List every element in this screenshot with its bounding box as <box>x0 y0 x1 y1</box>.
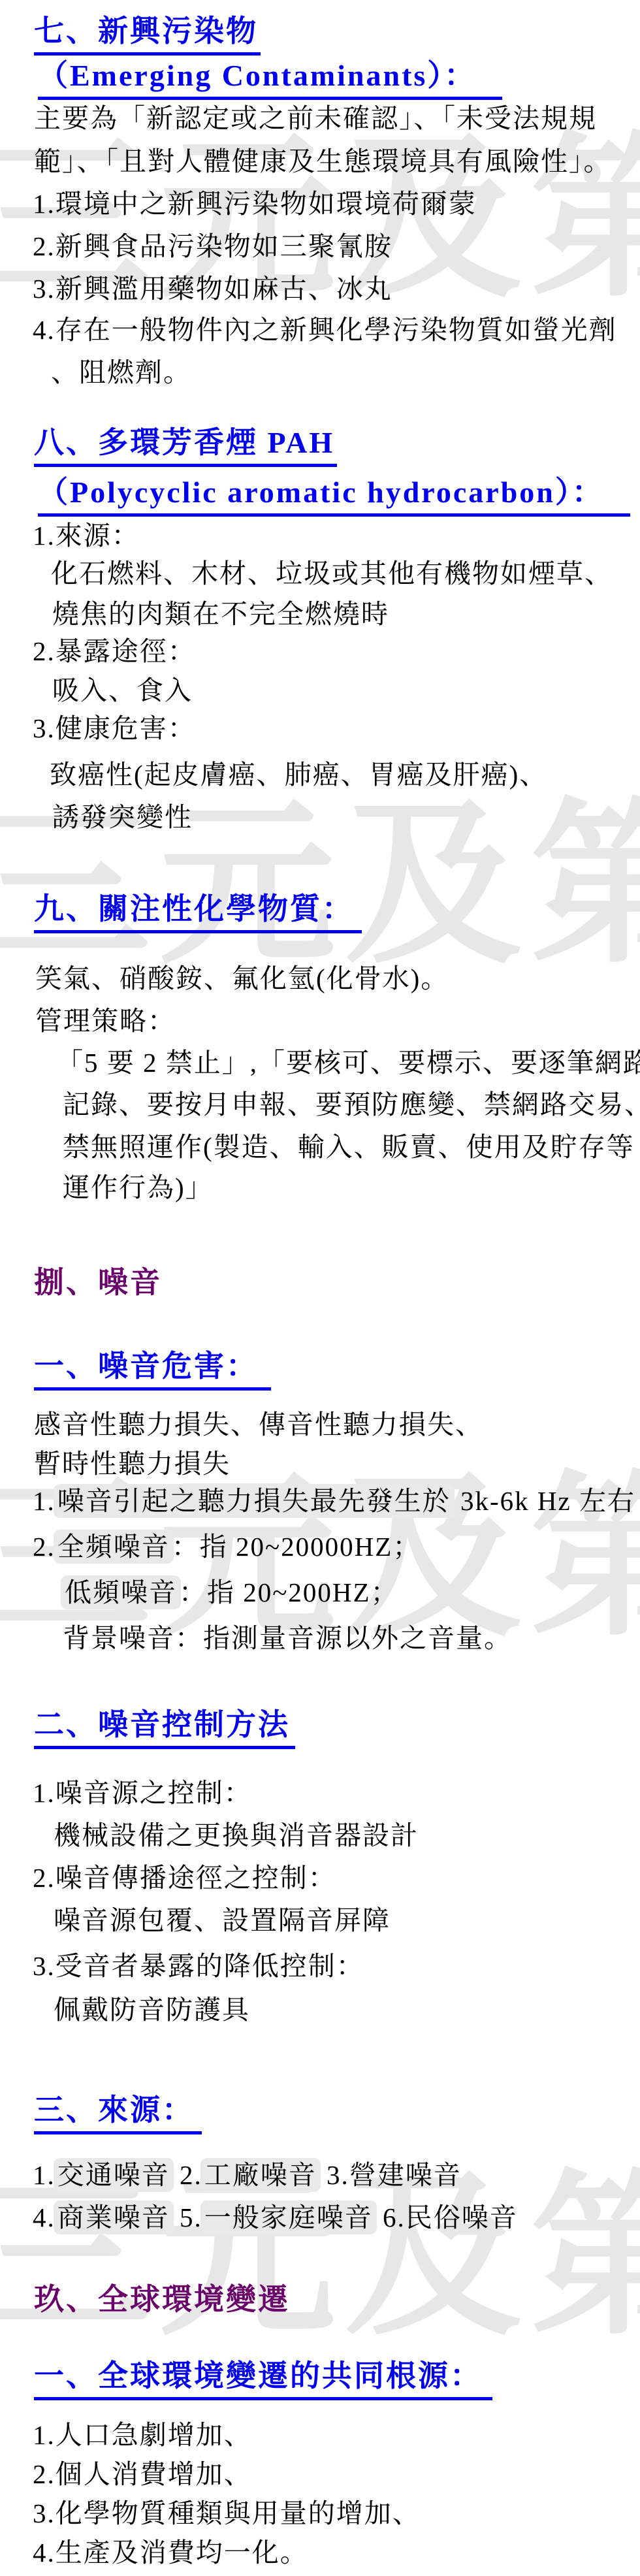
watermark-text: 三元及第 <box>0 2168 640 2345</box>
section8-health-label: 3.健康危害： <box>33 713 196 744</box>
section9-line: 禁無照運作(製造、輸入、販賣、使用及貯存等 <box>63 1132 635 1163</box>
noise-sources-row: 4.商業噪音 5.一般家庭噪音 6.民俗噪音 <box>33 2202 518 2233</box>
noise-control-item: 1.噪音源之控制： <box>33 1778 252 1809</box>
item-number: 4. <box>33 2202 56 2232</box>
global-roots-item: 1.人口急劇增加、 <box>33 2420 252 2451</box>
section8-title-en: （Polycyclic aromatic hydrocarbon）： <box>38 475 630 517</box>
section9-line: 記錄、要按月申報、要預防應變、禁網路交易、 <box>63 1089 640 1120</box>
global-roots-item: 3.化學物質種類與用量的增加、 <box>33 2498 421 2529</box>
noise-control-title: 二、噪音控制方法 <box>34 1708 295 1749</box>
section8-health-line: 致癌性(起皮膚癌、肺癌、胃癌及肝癌)、 <box>50 760 547 790</box>
highlighted-phrase: 全頻噪音 <box>54 1530 174 1564</box>
section7-intro-line: 主要為「新認定或之前未確認」、「未受法規規 <box>34 103 597 134</box>
section9-title: 九、關注性化學物質： <box>34 892 362 933</box>
section8-health-line: 誘發突變性 <box>52 802 193 833</box>
section8-source-label: 1.來源： <box>33 521 140 551</box>
noise-harm-item: 低頻噪音：指 20~200HZ； <box>63 1577 399 1608</box>
section7-list-item: 3.新興濫用藥物如麻古、冰丸 <box>33 274 392 304</box>
item-text: ：指 20~200HZ； <box>179 1577 399 1607</box>
item-text: 6.民俗噪音 <box>375 2202 518 2232</box>
item-number: 2. <box>33 1532 56 1562</box>
noise-sources-title: 三、來源： <box>34 2093 202 2134</box>
highlighted-phrase: 交通噪音 <box>54 2158 174 2192</box>
item-text: ：指 20~20000HZ； <box>172 1532 421 1562</box>
global-chapter-title: 玖、全球環境變遷 <box>34 2283 290 2317</box>
item-number: 1. <box>33 1486 56 1516</box>
noise-sources-row: 1.交通噪音 2.工廠噪音 3.營建噪音 <box>33 2160 462 2191</box>
section8-source-line: 燒焦的肉類在不完全燃燒時 <box>52 599 389 630</box>
highlighted-phrase: 工廠噪音 <box>200 2158 321 2192</box>
noise-chapter-title: 捌、噪音 <box>34 1266 162 1300</box>
section8-exposure-label: 2.暴露途徑： <box>33 636 196 667</box>
noise-control-item: 2.噪音傳播途徑之控制： <box>33 1863 336 1893</box>
section7-title-en: （Emerging Contaminants）： <box>38 59 502 100</box>
section7-list-item: 4.存在一般物件內之新興化學污染物質如螢光劑 <box>33 315 617 346</box>
item-text: 3.營建噪音 <box>319 2160 462 2190</box>
noise-control-detail: 佩戴防音防護具 <box>54 1995 250 2025</box>
section8-source-line: 化石燃料、木材、垃圾或其他有機物如煙草、 <box>51 558 613 589</box>
noise-harm-title: 一、噪音危害： <box>34 1349 271 1391</box>
noise-control-detail: 噪音源包覆、設置隔音屏障 <box>54 1905 391 1936</box>
section9-line: 笑氣、硝酸銨、氟化氫(化骨水)。 <box>35 963 449 994</box>
highlighted-phrase: 噪音引起之聽力損失最先發生於 <box>54 1484 455 1518</box>
item-number: 2. <box>172 2160 202 2190</box>
noise-control-item: 3.受音者暴露的降低控制： <box>33 1951 364 1982</box>
item-text: 3k-6k Hz 左右 <box>453 1486 635 1516</box>
item-number: 1. <box>33 2160 56 2190</box>
section9-line: 「5 要 2 禁止」,「要核可、要標示、要逐筆網路 <box>56 1048 640 1078</box>
noise-harm-line: 感音性聽力損失、傳音性聽力損失、 <box>34 1409 483 1440</box>
highlighted-phrase: 商業噪音 <box>54 2200 174 2234</box>
section9-line: 運作行為)」 <box>63 1172 214 1203</box>
item-number: 5. <box>172 2202 202 2232</box>
noise-harm-line: 暫時性聽力損失 <box>34 1449 231 1479</box>
section7-list-item: 1.環境中之新興污染物如環境荷爾蒙 <box>33 189 477 219</box>
global-roots-title: 一、全球環境變遷的共同根源： <box>34 2359 492 2400</box>
section7-title-zh: 七、新興污染物 <box>34 14 261 56</box>
highlighted-phrase: 一般家庭噪音 <box>200 2200 377 2234</box>
noise-harm-item: 背景噪音：指測量音源以外之音量。 <box>63 1623 512 1654</box>
section7-list-item-continuation: 、阻燃劑。 <box>51 357 191 388</box>
section7-intro-line: 範」、「且對人體健康及生態環境具有風險性」。 <box>34 146 612 177</box>
global-roots-item: 4.生產及消費均一化。 <box>33 2537 308 2568</box>
noise-harm-item: 1.噪音引起之聽力損失最先發生於 3k-6k Hz 左右 <box>33 1486 635 1517</box>
global-roots-item: 2.個人消費增加、 <box>33 2459 252 2490</box>
section7-list-item: 2.新興食品污染物如三聚氰胺 <box>33 231 392 262</box>
noise-harm-item: 2.全頻噪音：指 20~20000HZ； <box>33 1532 421 1562</box>
section8-exposure-line: 吸入、食入 <box>52 675 193 706</box>
highlighted-phrase: 低頻噪音 <box>61 1575 181 1609</box>
document-page: 三元及第 三元及第 三元及第 三元及第 七、新興污染物 （Emerging Co… <box>0 0 640 2576</box>
section8-title-zh: 八、多環芳香煙 PAH <box>34 426 337 467</box>
section9-line: 管理策略： <box>35 1006 176 1037</box>
noise-control-detail: 機械設備之更換與消音器設計 <box>54 1820 419 1851</box>
